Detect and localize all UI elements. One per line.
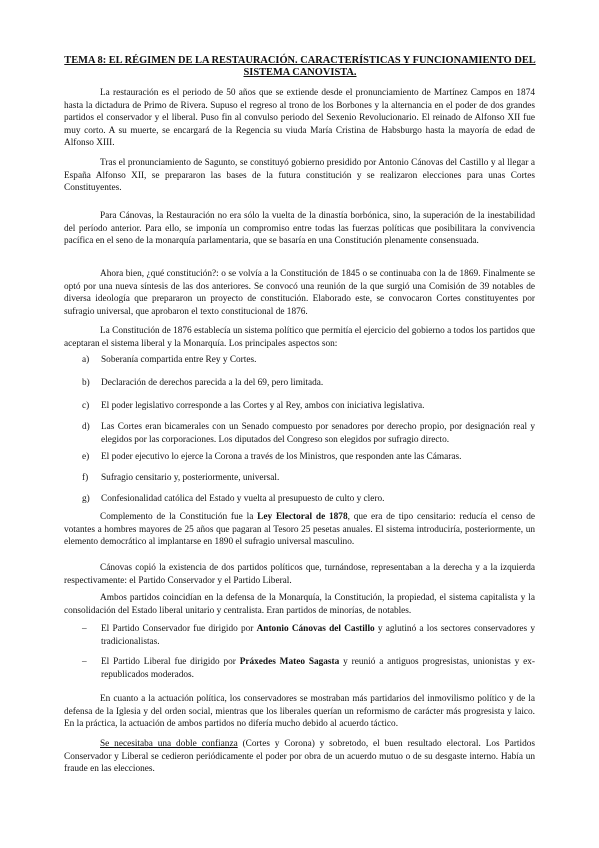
- list-item-text: Soberanía compartida entre Rey y Cortes.: [101, 355, 256, 365]
- list-item-f: f) Sufragio censitario y, posteriormente…: [82, 472, 535, 485]
- list-item-text: Sufragio censitario y, posteriormente, u…: [101, 473, 279, 483]
- list-marker: f): [82, 472, 98, 485]
- list-marker: b): [82, 377, 98, 390]
- paragraph-sagunto: Tras el pronunciamiento de Sagunto, se c…: [64, 157, 535, 195]
- dash-marker: –: [82, 623, 87, 636]
- paragraph-confianza: Se necesitaba una doble confianza (Corte…: [64, 738, 535, 776]
- list-marker: c): [82, 400, 98, 413]
- list-marker: e): [82, 451, 98, 464]
- list-item-text: Declaración de derechos parecida a la de…: [101, 378, 323, 388]
- text-segment: Complemento de la Constitución fue la: [100, 512, 257, 522]
- text-segment: El Partido Liberal fue dirigido por: [101, 657, 240, 667]
- canovas-bold: Antonio Cánovas del Castillo: [257, 624, 375, 634]
- list-item-text: Las Cortes eran bicamerales con un Senad…: [101, 422, 535, 445]
- paragraph-canovas: Para Cánovas, la Restauración no era sól…: [64, 210, 535, 248]
- paragraph-intro: La restauración es el periodo de 50 años…: [64, 87, 535, 150]
- list-item-text: El poder legislativo corresponde a las C…: [101, 401, 424, 411]
- list-item-g: g) Confesionalidad católica del Estado y…: [82, 493, 535, 506]
- list-marker: d): [82, 421, 98, 434]
- text-segment: El Partido Conservador fue dirigido por: [101, 624, 257, 634]
- ley-electoral-bold: Ley Electoral de 1878: [257, 512, 347, 522]
- list-item-e: e) El poder ejecutivo lo ejerce la Coron…: [82, 451, 535, 464]
- paragraph-constitucion: Ahora bien, ¿qué constitución?: o se vol…: [64, 268, 535, 318]
- confianza-underlined: Se necesitaba una doble confianza: [100, 739, 238, 749]
- document-title: TEMA 8: EL RÉGIMEN DE LA RESTAURACIÓN. C…: [64, 55, 536, 79]
- list-item-c: c) El poder legislativo corresponde a la…: [82, 400, 535, 413]
- list-item-text: El poder ejecutivo lo ejerce la Corona a…: [101, 452, 461, 462]
- list-item-b: b) Declaración de derechos parecida a la…: [82, 377, 535, 390]
- paragraph-turnismo: Cánovas copió la existencia de dos parti…: [64, 562, 535, 587]
- paragraph-constitucion-1876: La Constitución de 1876 establecía un si…: [64, 325, 535, 350]
- list-item-a: a) Soberanía compartida entre Rey y Cort…: [82, 354, 535, 367]
- list-marker: a): [82, 354, 98, 367]
- list-item-d: d) Las Cortes eran bicamerales con un Se…: [82, 421, 535, 446]
- sagasta-bold: Práxedes Mateo Sagasta: [240, 657, 340, 667]
- list-item-text: Confesionalidad católica del Estado y vu…: [101, 494, 384, 504]
- document-page: TEMA 8: EL RÉGIMEN DE LA RESTAURACIÓN. C…: [0, 0, 599, 848]
- paragraph-actuacion: En cuanto a la actuación política, los c…: [64, 693, 535, 731]
- dash-item-conservador: – El Partido Conservador fue dirigido po…: [82, 623, 535, 648]
- dash-marker: –: [82, 656, 87, 669]
- paragraph-ley-electoral: Complemento de la Constitución fue la Le…: [64, 511, 535, 549]
- dash-item-liberal: – El Partido Liberal fue dirigido por Pr…: [82, 656, 535, 681]
- list-marker: g): [82, 493, 98, 506]
- paragraph-ambos-partidos: Ambos partidos coincidían en la defensa …: [64, 592, 535, 617]
